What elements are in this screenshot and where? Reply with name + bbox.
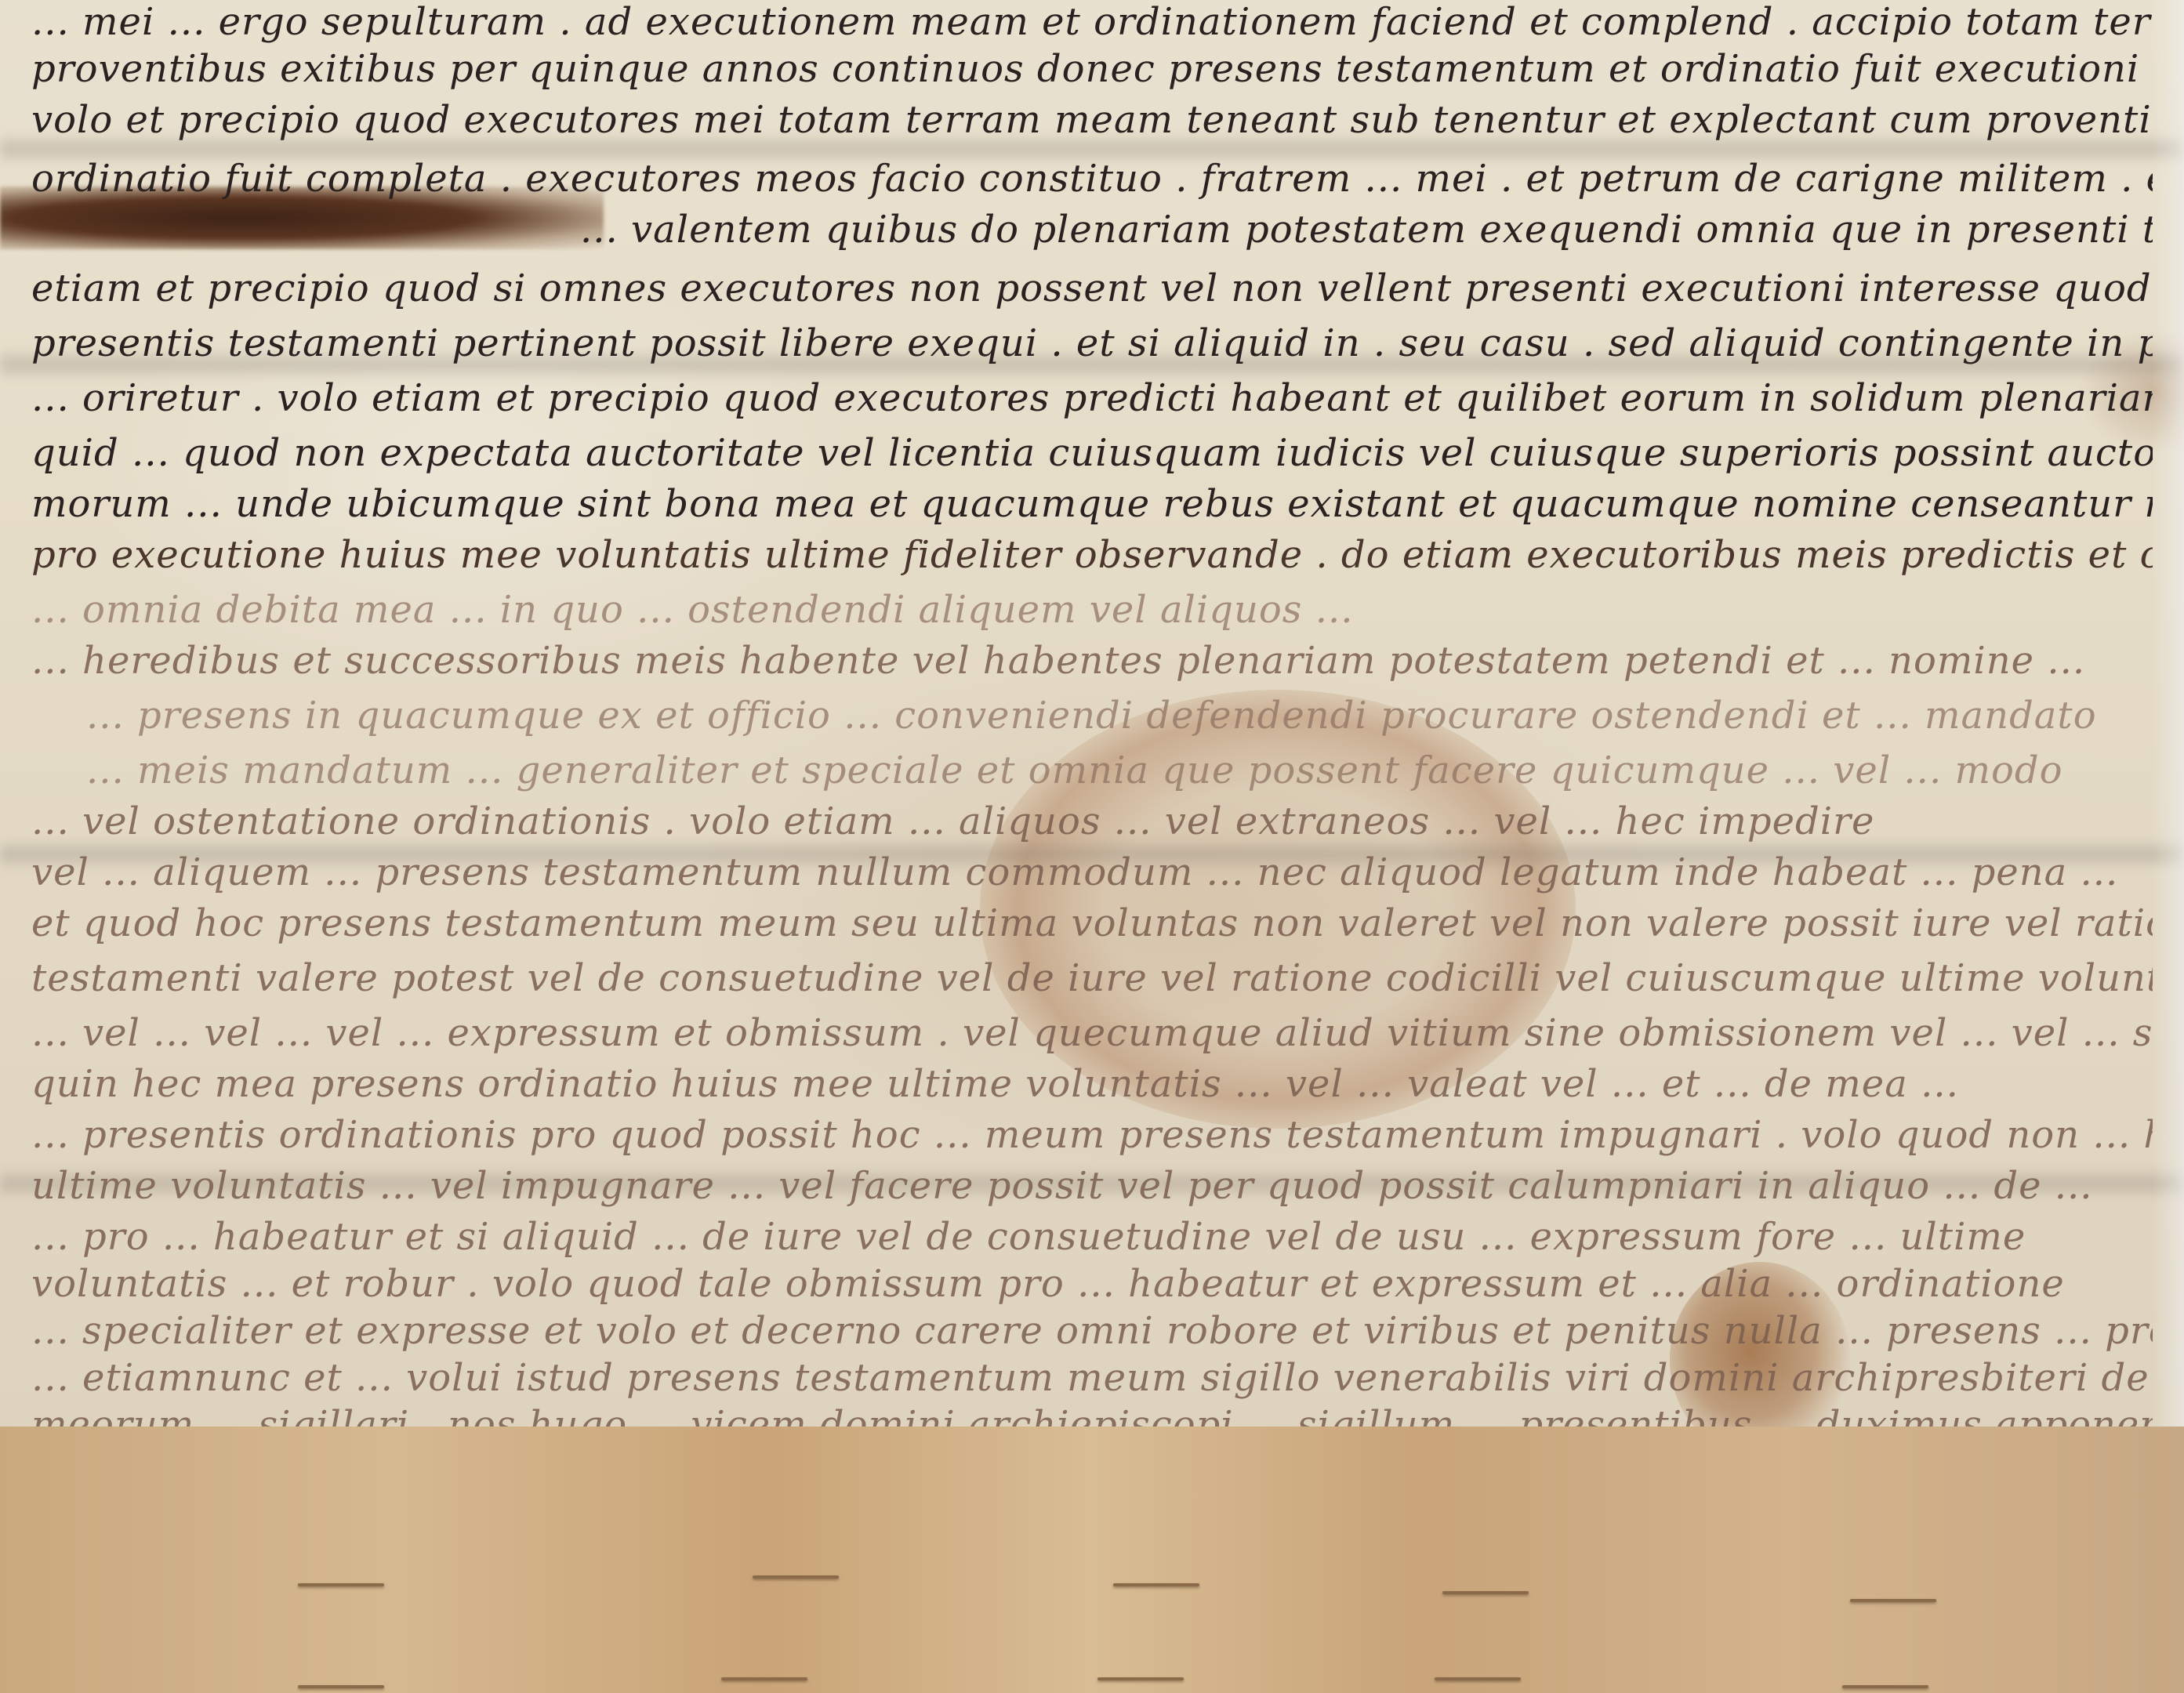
plica-fold	[0, 1427, 2184, 1693]
text-line: vel ... aliquem ... presens testamentum …	[31, 850, 2153, 894]
text-line: ... presentis ordinationis pro quod poss…	[31, 1113, 2153, 1157]
seal-slit	[721, 1677, 807, 1680]
text-line: etiam et precipio quod si omnes executor…	[31, 266, 2153, 310]
seal-slit	[753, 1575, 839, 1579]
text-line: pro executione huius mee voluntatis ulti…	[31, 533, 2153, 577]
text-line: ... vel ... vel ... vel ... expressum et…	[31, 1011, 2153, 1055]
text-line: ... presens in quacumque ex et officio .…	[86, 694, 2153, 738]
text-line: ... etiamnunc et ... volui istud presens…	[31, 1356, 2153, 1400]
text-line: ... meis mandatum ... generaliter et spe…	[86, 749, 2153, 792]
text-line: ... oriretur . volo etiam et precipio qu…	[31, 376, 2153, 420]
text-line: ... omnia debita mea ... in quo ... oste…	[31, 588, 2153, 632]
text-line: quid ... quod non expectata auctoritate …	[31, 431, 2153, 475]
text-line: volo et precipio quod executores mei tot…	[31, 98, 2153, 142]
seal-slit	[1097, 1677, 1184, 1680]
text-line: proventibus exitibus per quinque annos c…	[31, 47, 2153, 91]
seal-slit	[298, 1685, 384, 1688]
text-line: ... valentem quibus do plenariam potesta…	[580, 208, 2153, 252]
text-line: quin hec mea presens ordinatio huius mee…	[31, 1062, 2153, 1106]
text-line: ... vel ostentatione ordinationis . volo…	[31, 799, 2153, 843]
text-line: ... mei ... ergo sepulturam . ad executi…	[31, 0, 2153, 44]
text-line: presentis testamenti pertinent possit li…	[31, 321, 2153, 365]
seal-slit	[1435, 1677, 1521, 1680]
seal-slit	[298, 1583, 384, 1586]
text-line: ordinatio fuit completa . executores meo…	[31, 157, 2153, 201]
text-line: et quod hoc presens testamentum meum seu…	[31, 901, 2153, 945]
text-line: morum ... unde ubicumque sint bona mea e…	[31, 482, 2153, 526]
seal-slit	[1850, 1599, 1936, 1602]
text-line: ... specialiter et expresse et volo et d…	[31, 1309, 2153, 1353]
parchment-sheet: ... mei ... ergo sepulturam . ad executi…	[0, 0, 2184, 1536]
text-line: ... pro ... habeatur et si aliquid ... d…	[31, 1215, 2153, 1259]
text-line: voluntatis ... et robur . volo quod tale…	[31, 1262, 2153, 1306]
text-line: ultime voluntatis ... vel impugnare ... …	[31, 1164, 2153, 1208]
seal-slit	[1842, 1685, 1928, 1688]
text-line: testamenti valere potest vel de consuetu…	[31, 956, 2153, 1000]
seal-slit	[1442, 1591, 1529, 1594]
right-edge-highlight	[2153, 0, 2184, 1489]
text-line: ... heredibus et successoribus meis habe…	[31, 639, 2153, 683]
seal-slit	[1113, 1583, 1199, 1586]
